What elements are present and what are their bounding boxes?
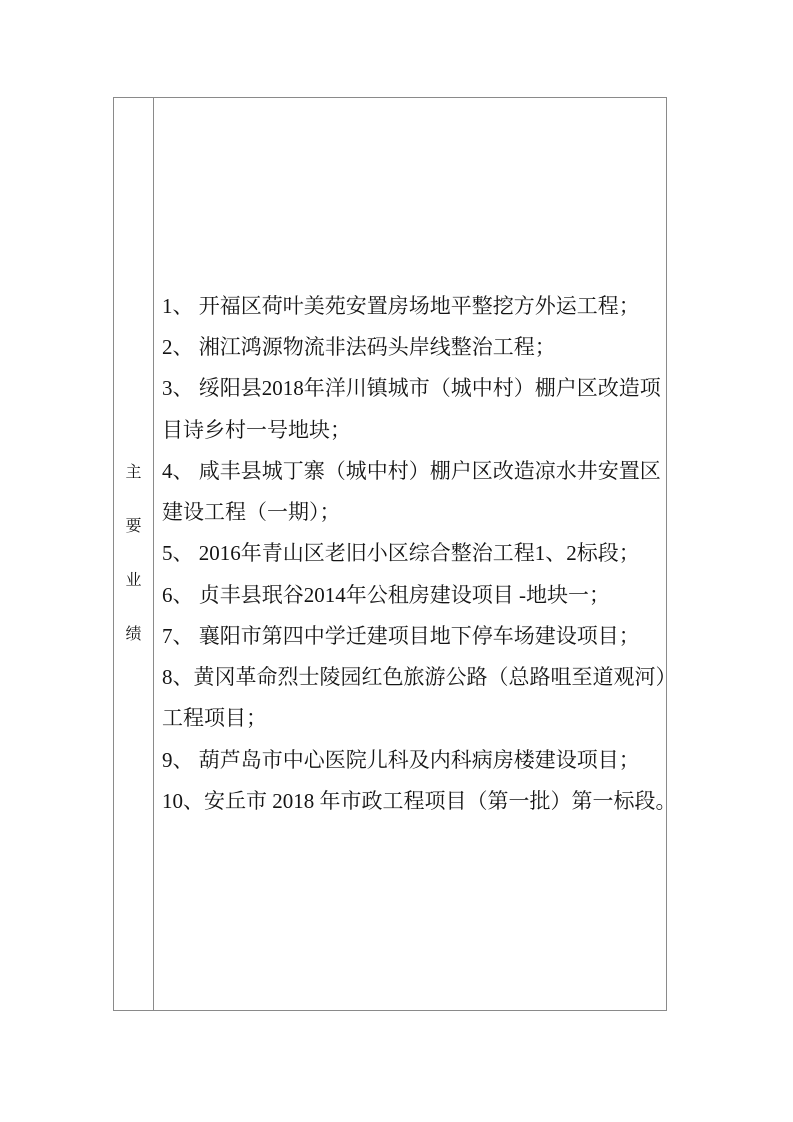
achievements-content-cell: 1、 开福区荷叶美苑安置房场地平整挖方外运工程；2、 湘江鸿源物流非法码头岸线整… bbox=[154, 98, 666, 1010]
row-header-char: 主 bbox=[125, 465, 141, 481]
achievement-line: 7、 襄阳市第四中学迁建项目地下停车场建设项目； bbox=[162, 616, 662, 657]
achievement-line: 2、 湘江鸿源物流非法码头岸线整治工程； bbox=[162, 327, 662, 368]
document-page: 主 要 业 绩 1、 开福区荷叶美苑安置房场地平整挖方外运工程；2、 湘江鸿源物… bbox=[0, 0, 793, 1122]
achievement-line: 目诗乡村一号地块； bbox=[162, 410, 662, 451]
row-header-char: 绩 bbox=[125, 627, 141, 643]
row-header-char: 业 bbox=[125, 573, 141, 589]
achievement-line: 9、 葫芦岛市中心医院儿科及内科病房楼建设项目； bbox=[162, 740, 662, 781]
row-header-main-achievements: 主 要 业 绩 bbox=[114, 98, 154, 1010]
achievement-line: 5、 2016年青山区老旧小区综合整治工程1、2标段； bbox=[162, 533, 662, 574]
achievements-table: 主 要 业 绩 1、 开福区荷叶美苑安置房场地平整挖方外运工程；2、 湘江鸿源物… bbox=[113, 97, 667, 1011]
achievement-line: 8、黄冈革命烈士陵园红色旅游公路（总路咀至道观河） bbox=[162, 657, 662, 698]
achievement-line: 建设工程（一期）； bbox=[162, 492, 662, 533]
row-header-char: 要 bbox=[125, 519, 141, 535]
achievement-line: 工程项目； bbox=[162, 698, 662, 739]
achievement-line: 3、 绥阳县2018年洋川镇城市（城中村）棚户区改造项 bbox=[162, 368, 662, 409]
achievement-line: 4、 咸丰县城丁寨（城中村）棚户区改造凉水井安置区 bbox=[162, 451, 662, 492]
achievement-line: 10、安丘市 2018 年市政工程项目（第一批）第一标段。 bbox=[162, 781, 662, 822]
achievement-line: 6、 贞丰县珉谷2014年公租房建设项目 -地块一； bbox=[162, 575, 662, 616]
achievement-line: 1、 开福区荷叶美苑安置房场地平整挖方外运工程； bbox=[162, 286, 662, 327]
